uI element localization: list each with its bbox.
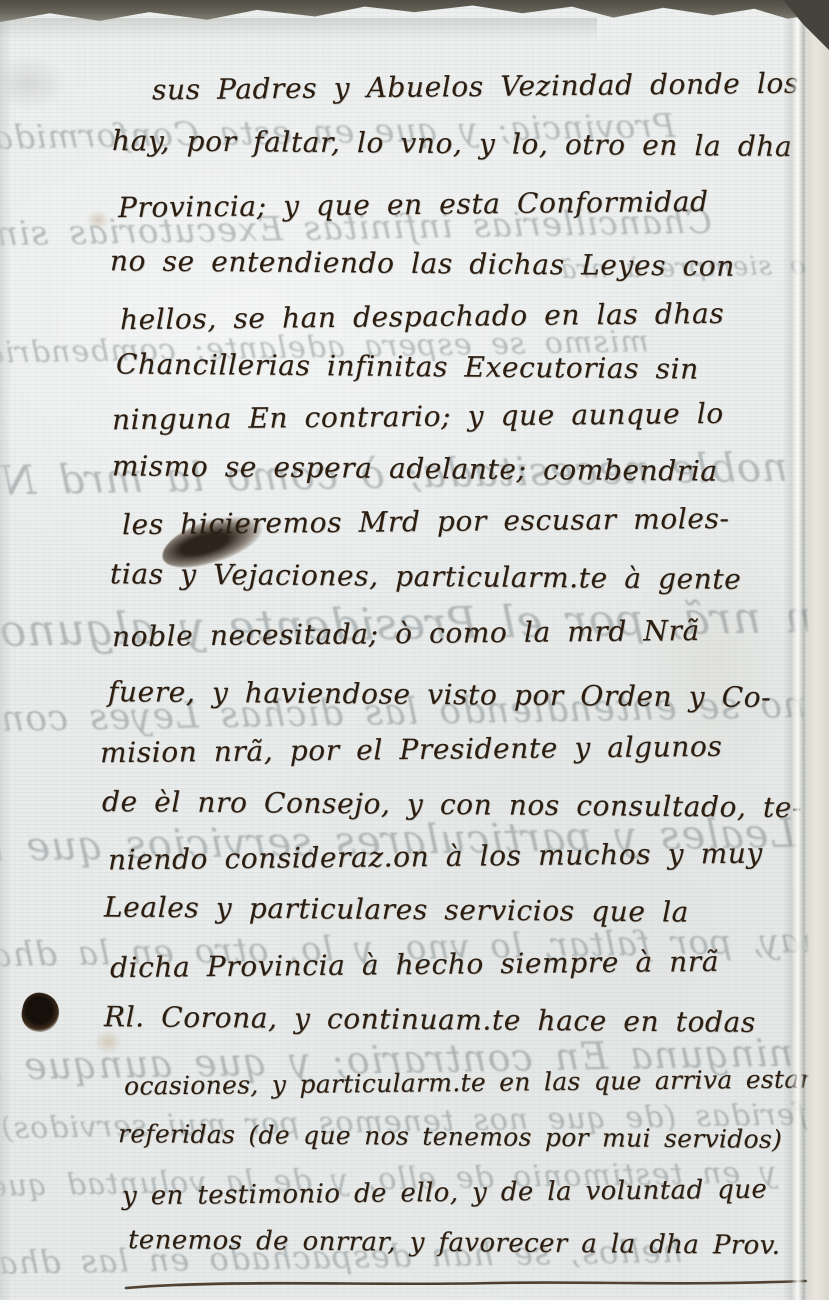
manuscript-line: no se entendiendo las dichas Leyes con: [110, 244, 735, 282]
book-gutter-fold: [783, 0, 829, 1300]
bottom-rule-line: [118, 1274, 818, 1296]
manuscript-line: tenemos de onrrar, y favorecer a la dha …: [128, 1225, 781, 1261]
bottom-rule-stroke: [118, 1274, 818, 1296]
manuscript-line: ninguna En contrario; y que aunque lo: [112, 397, 724, 436]
manuscript-line: Leales y particulares servicios que la: [104, 890, 689, 928]
manuscript-line: Provincia; y que en esta Conformidad: [118, 185, 709, 224]
manuscript-line: mismo se espera adelante; combendria: [112, 449, 718, 487]
manuscript-line: hay, por faltar, lo vno, y lo, otro en l…: [112, 124, 793, 163]
manuscript-line: mision nrã, por el Presidente y algunos: [100, 730, 723, 770]
manuscript-line: sus Padres y Abuelos Vezindad donde los: [152, 67, 799, 107]
page-left-edge: [0, 0, 12, 1300]
manuscript-line: fuere, y haviendose visto por Orden y Co…: [108, 675, 771, 714]
manuscript-line: Rl. Corona, y continuam.te hace en todas: [104, 1000, 756, 1039]
manuscript-line: referidas (de que nos tenemos por mui se…: [118, 1119, 782, 1154]
manuscript-line: de èl nro Consejo, y con nos consultado,…: [102, 785, 802, 824]
manuscript-line: les hicieremos Mrd por escusar moles-: [122, 502, 730, 541]
manuscript-line: noble necesitada; ò como la mrd Nrã: [112, 614, 700, 653]
manuscript-line: y en testimonio de ello, y de la volunta…: [122, 1175, 767, 1212]
top-crease-shadow: [0, 18, 597, 40]
text-layer: sus Padres y Abuelos Vezindad donde los …: [0, 0, 829, 1300]
manuscript-page: Provincia; y que en esta Conformidad Cha…: [0, 0, 829, 1300]
manuscript-line: niendo consideraz.on à los muchos y muy: [108, 837, 763, 877]
manuscript-line: ocasiones, y particularm.te en las que a…: [124, 1064, 816, 1100]
manuscript-line: dicha Provincia à hecho siempre à nrã: [110, 945, 719, 984]
manuscript-line: tias y Vejaciones, particularm.te à gent…: [110, 557, 742, 596]
manuscript-line: hellos, se han despachado en las dhas: [120, 297, 725, 336]
manuscript-line: Chancillerias infinitas Executorias sin: [116, 347, 699, 385]
